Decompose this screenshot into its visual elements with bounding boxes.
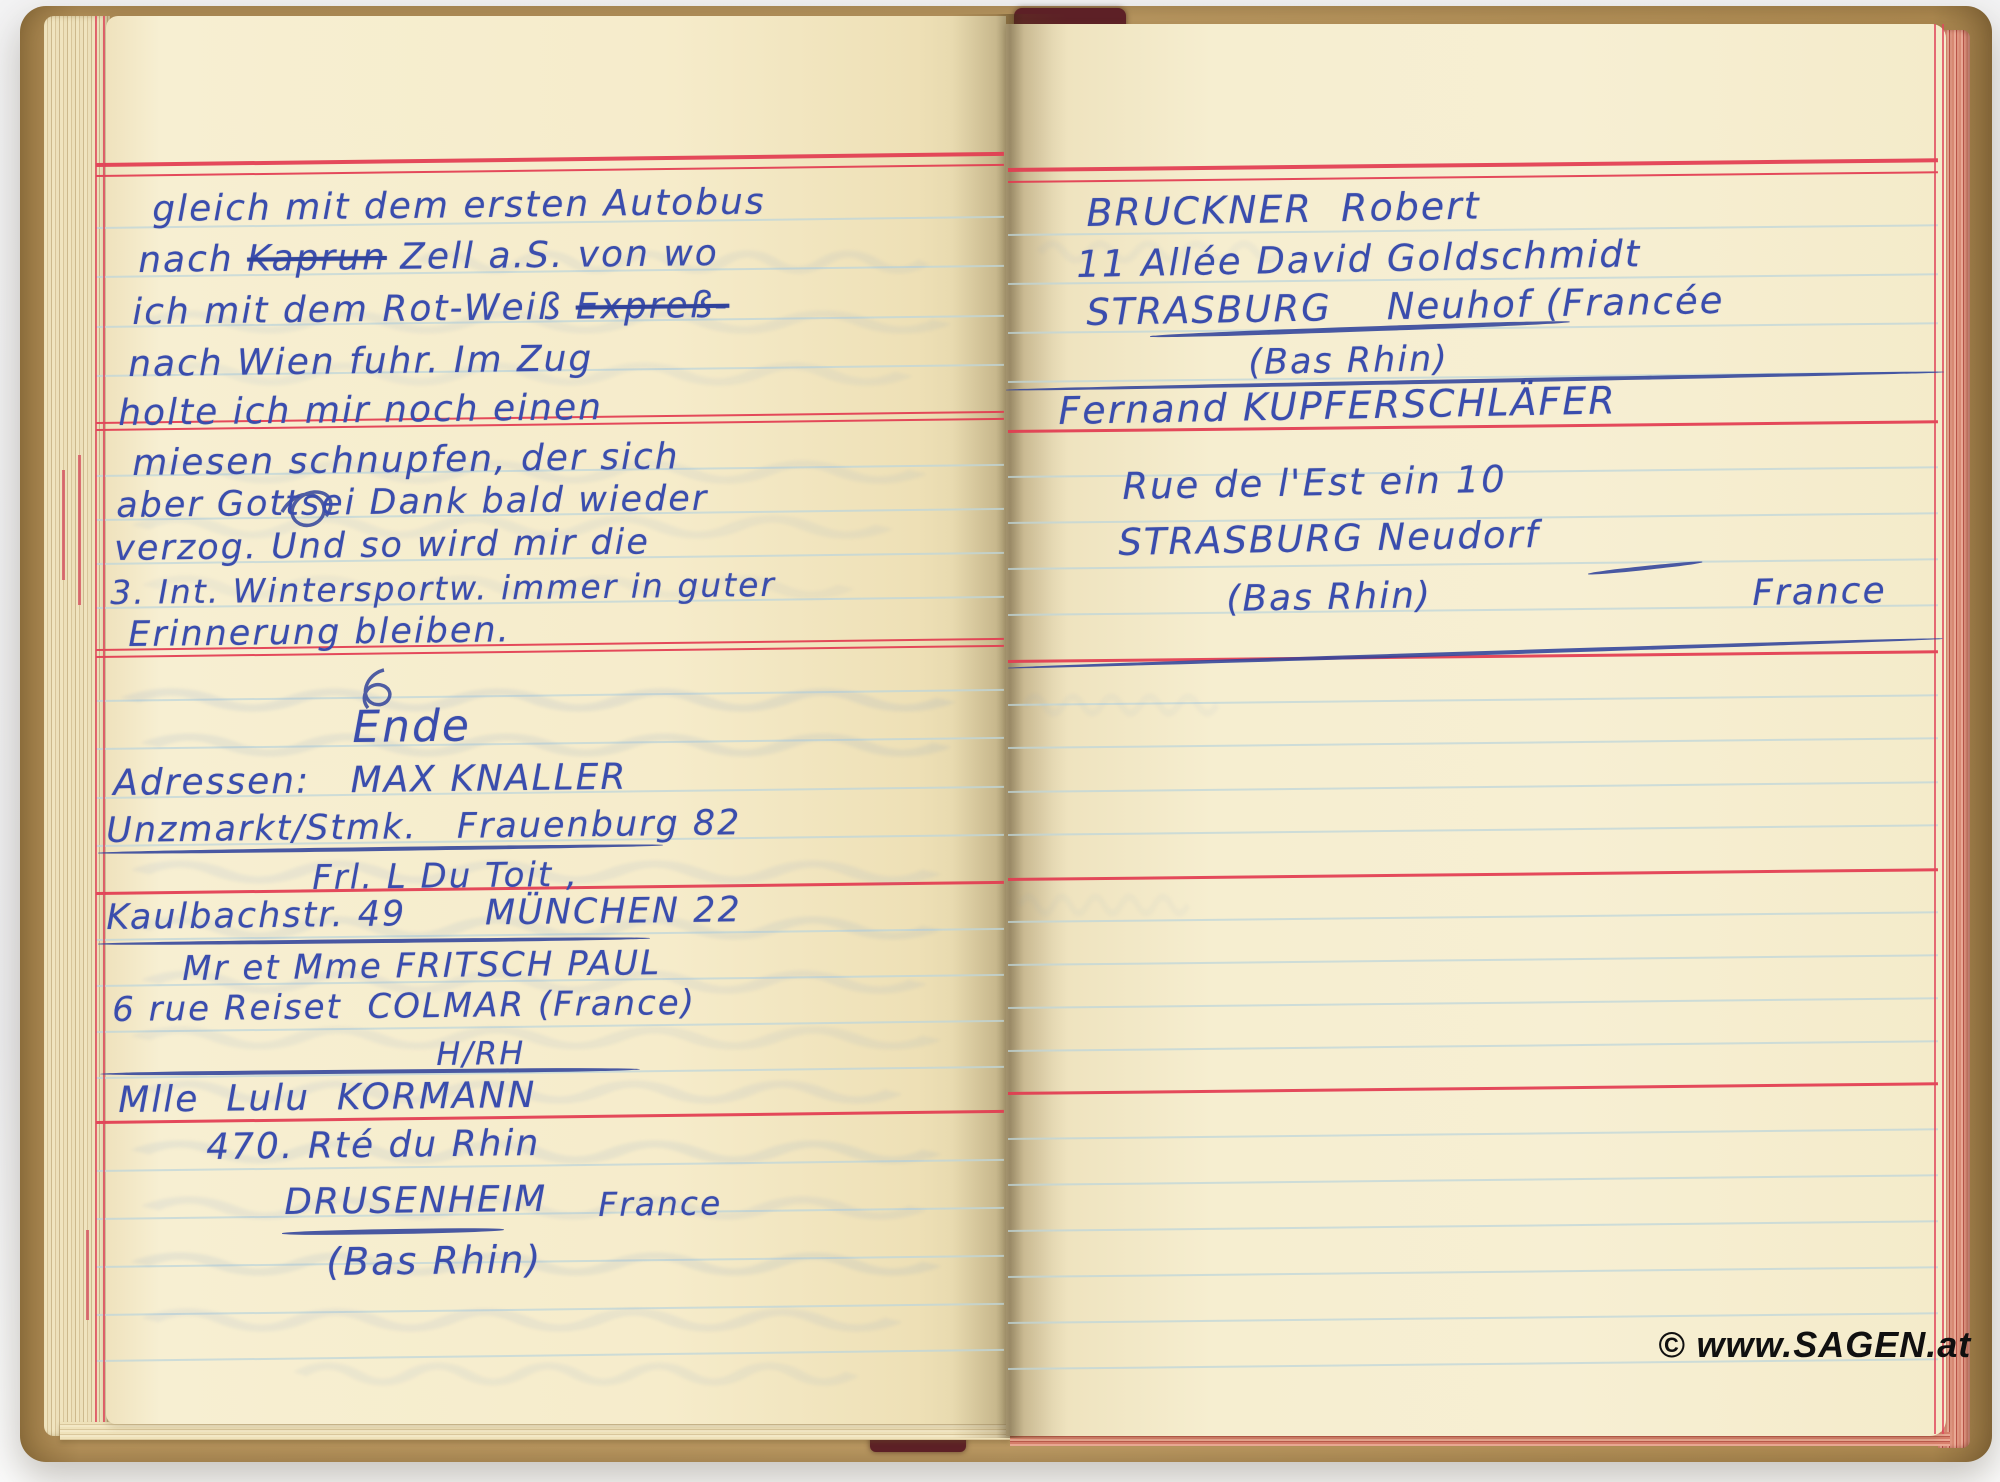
- scanned-diary-spread: gleich mit dem ersten Autobus nach Kapru…: [0, 0, 2000, 1482]
- address-line: Kaulbachstr. 49 MÜNCHEN 22: [106, 893, 742, 936]
- page-stack-left-edge: [44, 16, 110, 1436]
- text-segment: STRASBURG Neudorf: [1118, 513, 1540, 564]
- text-segment: Ende: [352, 701, 471, 753]
- text-segment: (Bas Rhin): [1226, 575, 1432, 620]
- page-stack-bottom-edge: [60, 1422, 1010, 1440]
- text-segment: nach: [138, 239, 247, 281]
- text-segment: Erinnerung bleiben.: [128, 610, 511, 655]
- address-line: Unzmarkt/Stmk. Frauenburg 82: [106, 806, 742, 849]
- text-segment: H/RH: [436, 1034, 526, 1073]
- watermark: © www.SAGEN.at: [1658, 1324, 1971, 1366]
- text-segment: Frl. L Du Toit ,: [312, 855, 579, 898]
- text-segment: BRUCKNER Robert: [1086, 183, 1481, 235]
- text-segment: gleich mit dem ersten Autobus: [152, 182, 766, 230]
- handwriting-line: Erinnerung bleiben.: [128, 613, 511, 653]
- text-segment: France: [598, 1183, 723, 1224]
- struck-word: Expreß-: [576, 285, 730, 328]
- stack-red-tick: [62, 470, 65, 580]
- text-segment: (Bas Rhin): [1248, 339, 1449, 383]
- address-line: (Bas Rhin): [1248, 342, 1449, 381]
- address-line: H/RH: [436, 1037, 526, 1070]
- text-segment: holte ich mir noch einen: [118, 387, 603, 434]
- text-segment: 470. Rté du Rhin: [206, 1123, 541, 1168]
- stack-red-tick: [86, 1230, 89, 1320]
- text-segment: ich mit dem Rot-Weiß: [132, 287, 576, 333]
- address-line: Adressen: MAX KNALLER: [113, 760, 628, 802]
- text-segment: miesen schnupfen, der sich: [132, 436, 680, 484]
- text-segment: verzog. Und so wird mir die: [114, 522, 650, 569]
- text-segment: aber Gottsei Dank bald wieder: [116, 479, 708, 526]
- handwriting-line: verzog. Und so wird mir die: [114, 525, 650, 567]
- text-segment: DRUSENHEIM: [284, 1179, 548, 1223]
- address-line: Rue de l'Est ein 10: [1122, 461, 1507, 505]
- text-segment: Zell a.S. von wo: [387, 233, 719, 278]
- address-line: 11 Allée David Goldschmidt: [1076, 235, 1642, 283]
- address-line: France: [1752, 573, 1887, 612]
- address-line: Mr et Mme FRITSCH PAUL: [182, 946, 661, 986]
- address-line: France: [598, 1186, 723, 1221]
- handwriting-line: holte ich mir noch einen: [118, 390, 603, 432]
- text-segment: (Bas Rhin): [326, 1237, 543, 1284]
- handwriting-line: aber Gottsei Dank bald wieder: [116, 482, 708, 524]
- handwriting-line: nach Kaprun Zell a.S. von wo: [138, 236, 719, 279]
- red-margin-line: [103, 16, 105, 1422]
- text-segment: 3. Int. Wintersportw. immer in guter: [110, 565, 776, 612]
- text-segment: nach Wien fuhr. Im Zug: [128, 338, 594, 385]
- address-line: BRUCKNER Robert: [1086, 186, 1481, 232]
- text-segment: Rue de l'Est ein 10: [1122, 458, 1507, 508]
- handwriting-line: gleich mit dem ersten Autobus: [152, 185, 766, 228]
- text-segment: Mr et Mme FRITSCH PAUL: [182, 943, 661, 989]
- text-segment: Kaulbachstr. 49 MÜNCHEN 22: [106, 890, 742, 938]
- handwriting-line: nach Wien fuhr. Im Zug: [128, 341, 593, 383]
- red-margin-line: [1942, 24, 1944, 1434]
- handwriting-line: miesen schnupfen, der sich: [132, 439, 680, 482]
- text-segment: 6 rue Reiset COLMAR (France): [112, 983, 696, 1030]
- ende-heading: Ende: [352, 705, 471, 750]
- text-segment: Adressen: MAX KNALLER: [113, 757, 628, 804]
- address-line: DRUSENHEIM: [284, 1182, 548, 1221]
- address-line: (Bas Rhin): [1226, 578, 1432, 618]
- address-line: Mlle Lulu KORMANN: [118, 1078, 537, 1119]
- handwriting-line: ich mit dem Rot-Weiß Expreß-: [132, 288, 730, 331]
- text-segment: Mlle Lulu KORMANN: [118, 1075, 537, 1121]
- text-segment: France: [1752, 570, 1887, 614]
- handwriting-line: 3. Int. Wintersportw. immer in guter: [110, 568, 776, 609]
- watermark-text: © www.SAGEN.at: [1658, 1324, 1971, 1365]
- address-line: 470. Rté du Rhin: [206, 1126, 541, 1166]
- struck-word: Kaprun: [247, 237, 387, 280]
- address-line: STRASBURG Neudorf: [1118, 516, 1540, 561]
- red-margin-line: [95, 16, 97, 1422]
- red-margin-line: [1934, 24, 1936, 1434]
- address-line: (Bas Rhin): [326, 1240, 542, 1281]
- address-line: 6 rue Reiset COLMAR (France): [112, 986, 696, 1027]
- address-line: Frl. L Du Toit ,: [312, 858, 579, 895]
- stack-red-tick: [78, 455, 81, 605]
